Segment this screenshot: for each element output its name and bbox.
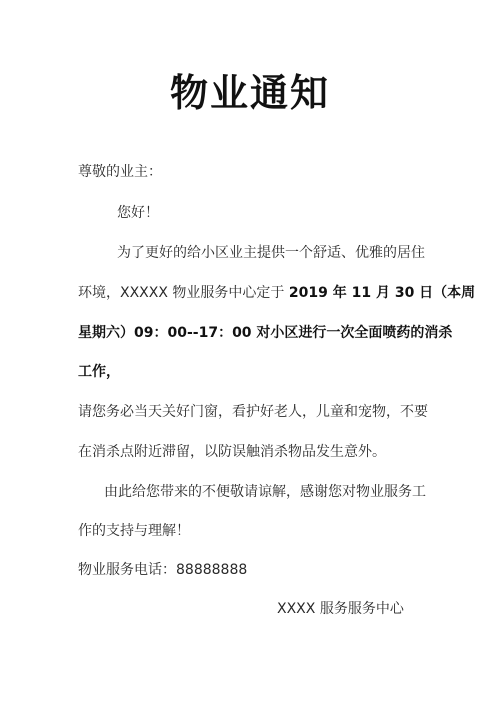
paragraph1-line2: 环境，XXXXX 物业服务中心定于 2019 年 11 月 30 日（本周	[78, 283, 475, 303]
weekday: 星期六）	[78, 325, 134, 341]
text: 年	[328, 285, 352, 301]
phone-number: 88888888	[176, 562, 247, 578]
date-day: 30	[395, 285, 414, 301]
signature-prefix: XXXX	[277, 601, 315, 617]
paragraph1-line3: 星期六）09：00--17：00 对小区进行一次全面喷药的消杀	[78, 323, 452, 343]
greeting: 您好！	[117, 203, 159, 223]
text: 物业服务中心定于	[168, 285, 289, 301]
signature: XXXX 服务服务中心	[277, 599, 404, 619]
paragraph3-line1: 由此给您带来的不便敬请谅解，感谢您对物业服务工	[104, 482, 426, 502]
date-year: 2019	[289, 285, 328, 301]
time-range: 09：00--17：00	[134, 325, 252, 341]
paragraph3-line2: 作的支持与理解！	[78, 521, 190, 541]
phone-label: 物业服务电话：	[78, 562, 176, 578]
company-placeholder: XXXXX	[120, 285, 168, 301]
paragraph1-line4: 工作，	[78, 362, 120, 382]
paragraph2-line1: 请您务必当天关好门窗，看护好老人，儿童和宠物，不要	[78, 402, 428, 422]
phone-line: 物业服务电话：88888888	[78, 560, 247, 580]
paragraph2-line2: 在消杀点附近滞留，以防误触消杀物品发生意外。	[78, 442, 386, 462]
text: 日（本周	[414, 285, 475, 301]
signature-name: 服务服务中心	[315, 601, 403, 617]
text: 对小区进行一次全面喷药的消杀	[252, 325, 453, 341]
date-month: 11	[352, 285, 371, 301]
salutation: 尊敬的业主：	[78, 162, 162, 182]
document-title: 物业通知	[0, 62, 500, 117]
paragraph1-line1: 为了更好的给小区业主提供一个舒适、优雅的居住	[117, 243, 425, 263]
text: 月	[371, 285, 395, 301]
text: 环境，	[78, 285, 120, 301]
